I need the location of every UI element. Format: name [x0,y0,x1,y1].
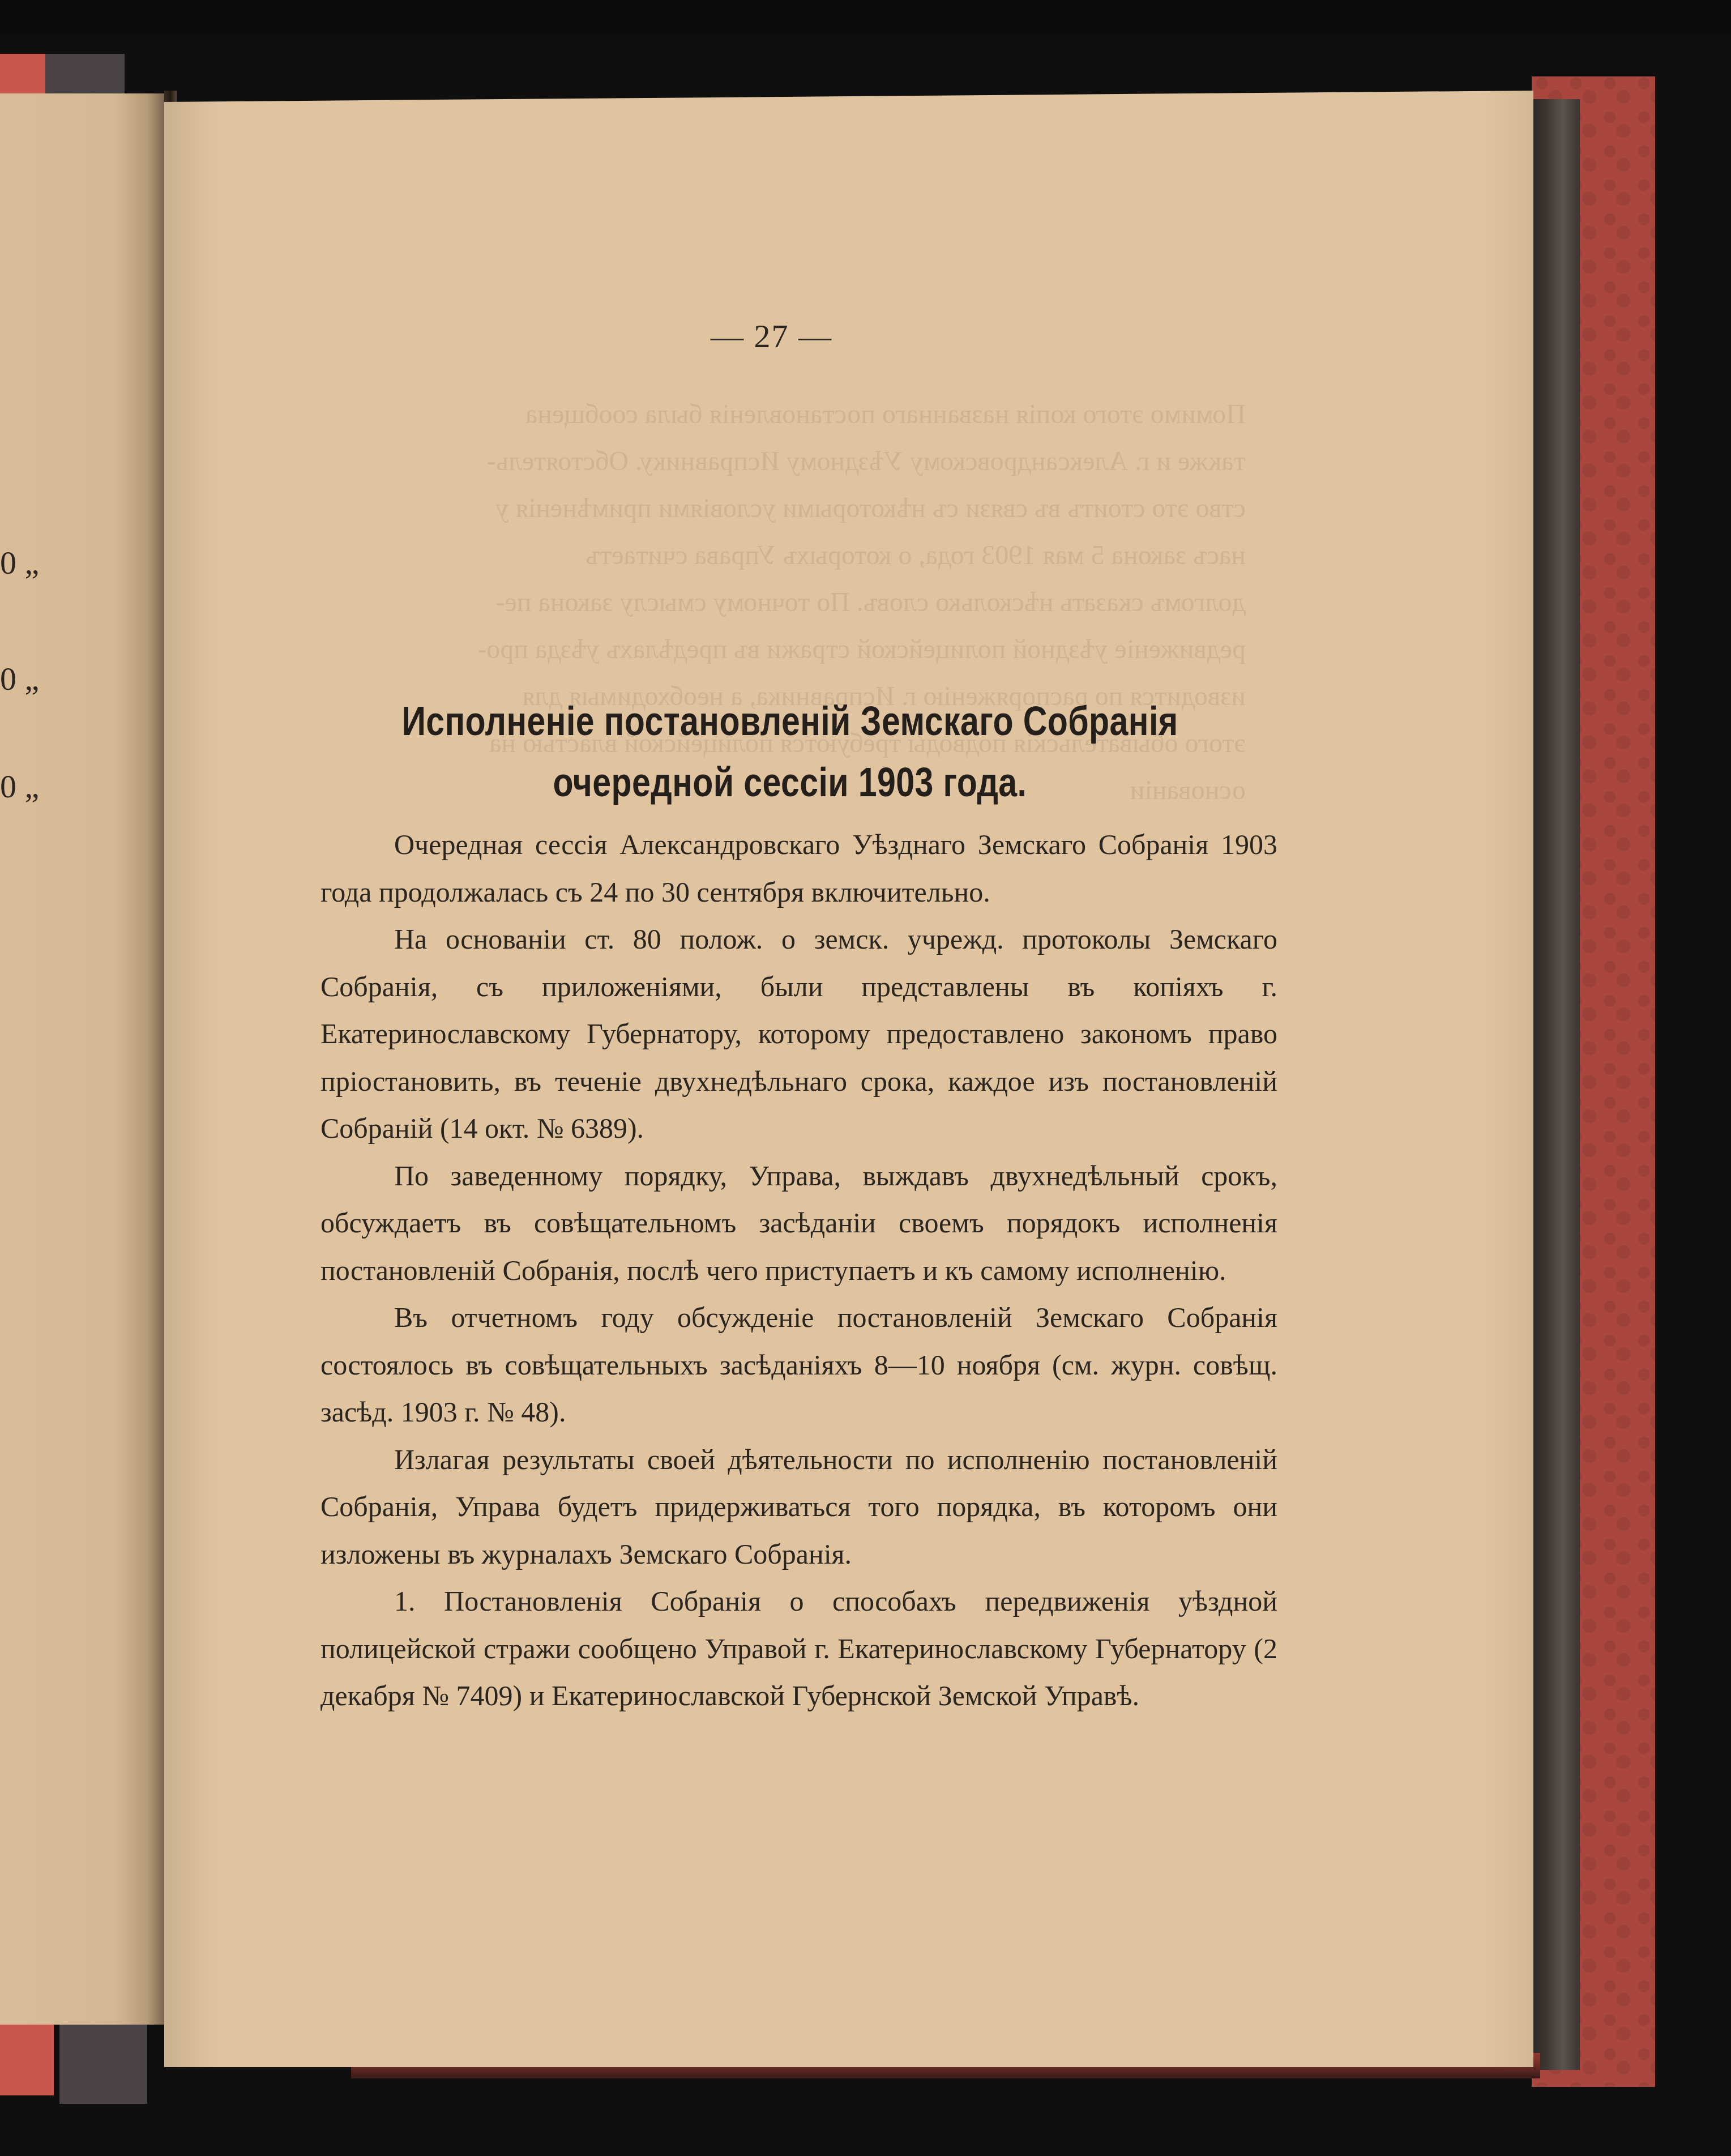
left-page-fragment: 0 „ [0,544,39,582]
left-cover-dark-edge [45,54,125,99]
body-text: Очередная сессія Александровскаго Уѣздна… [320,821,1277,1720]
page-number: — 27 — [711,317,832,355]
right-page-block-edge [1529,99,1580,2070]
left-cover-red-edge [0,54,48,99]
paragraph: Излагая результаты своей дѣятельности по… [320,1436,1277,1578]
left-page-fragment: 0 „ [0,660,39,698]
left-page-fragment: 0 „ [0,767,39,805]
left-cover-dark-edge-bottom [59,2016,147,2104]
scan-background-top [0,0,1731,34]
paragraph: По заведенному порядку, Управа, выждавъ … [320,1152,1277,1295]
left-cover-red-edge-bottom [0,2016,54,2095]
section-title-line-2: очередной сессіи 1903 года. [393,752,1187,813]
section-title-line-1: Исполненіе постановленій Земскаго Собран… [393,691,1187,752]
paragraph: Очередная сессія Александровскаго Уѣздна… [320,821,1277,916]
section-title: Исполненіе постановленій Земскаго Собран… [393,691,1187,813]
paragraph: На основаніи ст. 80 полож. о земск. учре… [320,916,1277,1152]
paragraph: Въ отчетномъ году обсужденіе постановлен… [320,1294,1277,1436]
previous-page-edge: 0 „ 0 „ 0 „ [0,93,164,2025]
paragraph: 1. Постановленія Собранія о способахъ пе… [320,1578,1277,1720]
